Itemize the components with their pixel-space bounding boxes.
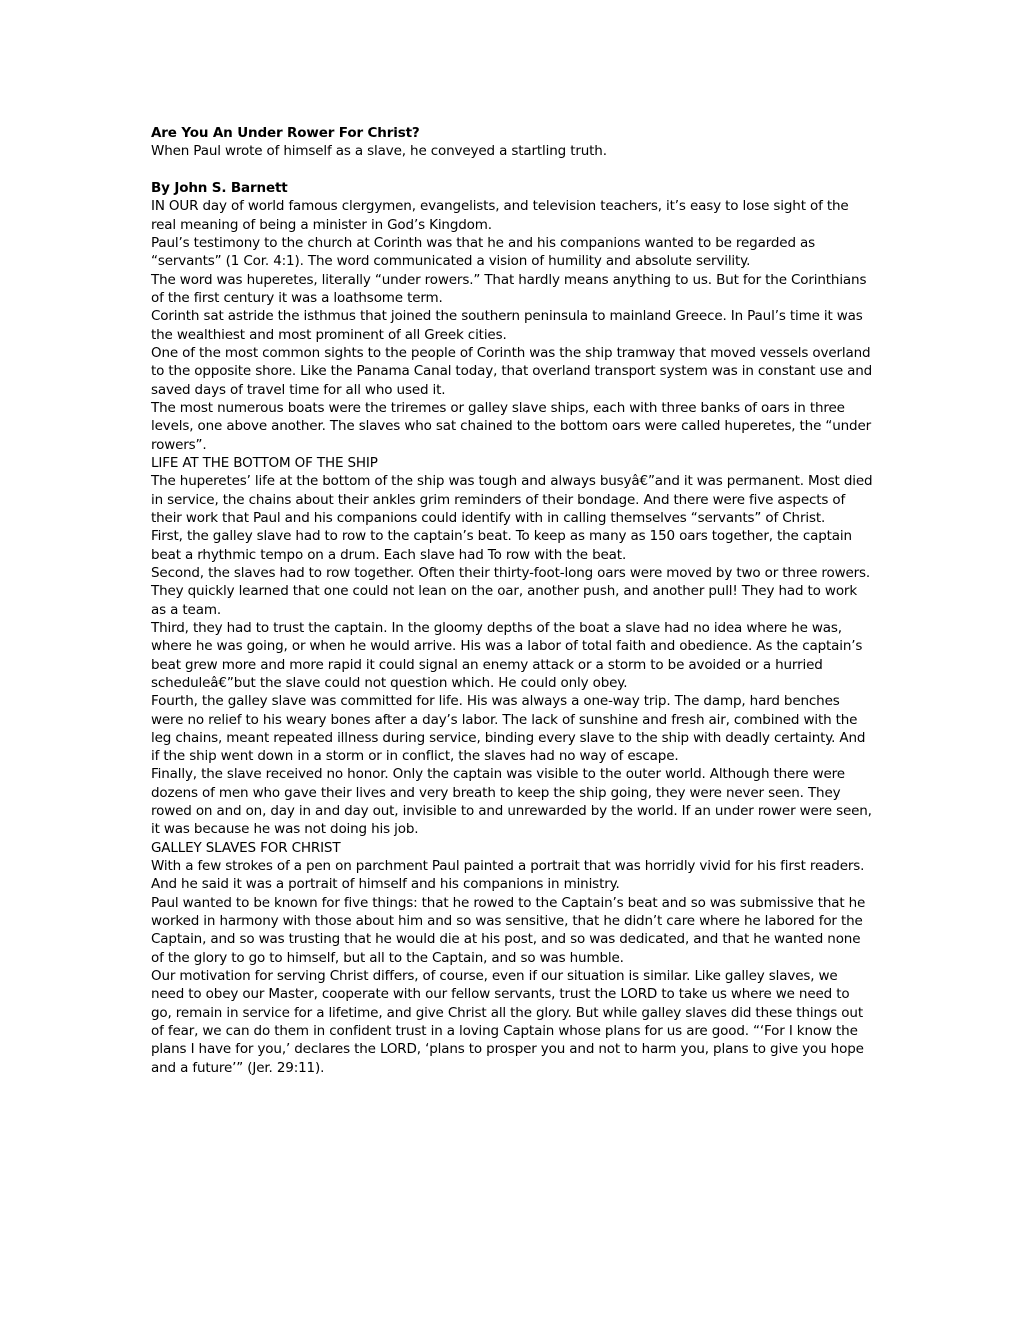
paragraph: The huperetes’ life at the bottom of the… [151,472,873,527]
article-byline: By John S. Barnett [151,179,873,197]
document-text-column: Are You An Under Rower For Christ? When … [151,124,873,1077]
article-subtitle: When Paul wrote of himself as a slave, h… [151,142,873,160]
blank-line [151,161,873,179]
paragraph: Fourth, the galley slave was committed f… [151,692,873,765]
paragraph: The word was huperetes, literally “under… [151,271,873,308]
paragraph: With a few strokes of a pen on parchment… [151,857,873,894]
section-heading-life-at-bottom: LIFE AT THE BOTTOM OF THE SHIP [151,454,873,472]
paragraph: First, the galley slave had to row to th… [151,527,873,564]
paragraph: Corinth sat astride the isthmus that joi… [151,307,873,344]
paragraph: IN OUR day of world famous clergymen, ev… [151,197,873,234]
paragraph: The most numerous boats were the trireme… [151,399,873,454]
section-heading-galley-slaves: GALLEY SLAVES FOR CHRIST [151,839,873,857]
document-page: Are You An Under Rower For Christ? When … [0,0,1020,1320]
paragraph: One of the most common sights to the peo… [151,344,873,399]
paragraph: Paul wanted to be known for five things:… [151,894,873,967]
paragraph: Second, the slaves had to row together. … [151,564,873,619]
article-title: Are You An Under Rower For Christ? [151,124,873,142]
paragraph: Finally, the slave received no honor. On… [151,765,873,838]
paragraph: Paul’s testimony to the church at Corint… [151,234,873,271]
paragraph: Third, they had to trust the captain. In… [151,619,873,692]
paragraph: Our motivation for serving Christ differ… [151,967,873,1077]
